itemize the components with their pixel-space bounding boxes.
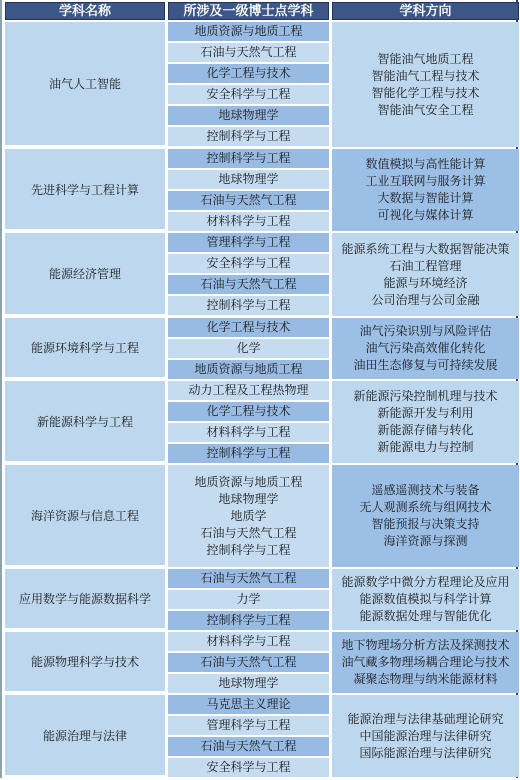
header-doctoral-disciplines: 所涉及一级博士点学科: [168, 2, 329, 20]
direction-item: 可视化与媒体计算: [377, 207, 473, 224]
directions-cell: 能源数学中微分方程理论及应用能源数值模拟与科学计算能源数据处理与智能优化: [332, 569, 519, 630]
doctoral-discipline: 安全科学与工程: [168, 254, 329, 273]
direction-item: 海洋资源与探测: [383, 533, 467, 550]
direction-item: 凝聚态物理与纳米能源材料: [353, 671, 497, 688]
direction-item: 智能油气地质工程: [377, 51, 473, 68]
discipline-name-cell: 应用数学与能源数据科学: [5, 569, 165, 630]
direction-item: 智能化学工程与技术: [371, 85, 479, 102]
doctoral-discipline: 控制科学与工程: [168, 127, 329, 146]
direction-item: 油气污染识别与风险评估: [359, 323, 491, 340]
doctoral-disciplines-cell: 地质资源与地质工程石油与天然气工程化学工程与技术安全科学与工程地球物理学控制科学…: [168, 22, 329, 147]
doctoral-discipline: 材料科学与工程: [168, 212, 329, 231]
doctoral-disciplines-cell: 控制科学与工程地球物理学石油与天然气工程材料科学与工程: [168, 149, 329, 231]
doctoral-discipline: 化学工程与技术: [168, 402, 329, 421]
discipline-name-cell: 新能源科学与工程: [5, 381, 165, 463]
doctoral-discipline: 力学: [168, 590, 329, 609]
doctoral-discipline: 材料科学与工程: [168, 423, 329, 442]
direction-item: 能源治理与法律基础理论研究: [347, 711, 503, 728]
direction-item: 国际能源治理与法律研究: [359, 745, 491, 762]
doctoral-disciplines-cell: 化学工程与技术化学地质资源与地质工程: [168, 318, 329, 379]
table-row: 先进科学与工程计算控制科学与工程地球物理学石油与天然气工程材料科学与工程数值模拟…: [5, 149, 519, 231]
direction-item: 油田生态修复与可持续发展: [353, 357, 497, 374]
direction-item: 智能油气工程与技术: [371, 68, 479, 85]
discipline-name-cell: 能源环境科学与工程: [5, 318, 165, 379]
direction-item: 能源数值模拟与科学计算: [359, 591, 491, 608]
table-row: 新能源科学与工程动力工程及工程热物理化学工程与技术材料科学与工程控制科学与工程新…: [5, 381, 519, 463]
doctoral-discipline: 化学工程与技术: [168, 318, 329, 337]
direction-item: 无人观测系统与组网技术: [359, 499, 491, 516]
doctoral-discipline: 石油与天然气工程: [168, 43, 329, 62]
direction-item: 智能油气安全工程: [377, 102, 473, 119]
table-row: 油气人工智能地质资源与地质工程石油与天然气工程化学工程与技术安全科学与工程地球物…: [5, 22, 519, 147]
discipline-name-cell: 能源物理科学与技术: [5, 632, 165, 693]
doctoral-discipline: 材料科学与工程: [168, 632, 329, 651]
doctoral-discipline: 控制科学与工程: [206, 542, 290, 559]
doctoral-discipline: 石油与天然气工程: [168, 569, 329, 588]
doctoral-discipline: 控制科学与工程: [168, 296, 329, 315]
doctoral-discipline: 安全科学与工程: [168, 758, 329, 777]
directions-cell: 能源治理与法律基础理论研究中国能源治理与法律研究国际能源治理与法律研究: [332, 695, 519, 777]
doctoral-disciplines-merged: 地质资源与地质工程地球物理学地质学石油与天然气工程控制科学与工程: [168, 465, 329, 567]
doctoral-discipline: 石油与天然气工程: [168, 191, 329, 210]
directions-cell: 智能油气地质工程智能油气工程与技术智能化学工程与技术智能油气安全工程: [332, 22, 519, 147]
direction-item: 地下物理场分析方法及探测技术: [341, 637, 509, 654]
discipline-table: 学科名称 所涉及一级博士点学科 学科方向 油气人工智能地质资源与地质工程石油与天…: [5, 2, 519, 779]
table-row: 海洋资源与信息工程地质资源与地质工程地球物理学地质学石油与天然气工程控制科学与工…: [5, 465, 519, 567]
doctoral-discipline: 化学: [168, 339, 329, 358]
discipline-name-cell: 油气人工智能: [5, 22, 165, 147]
doctoral-discipline: 地质资源与地质工程: [168, 22, 329, 41]
direction-item: 新能源开发与利用: [377, 405, 473, 422]
direction-item: 新能源污染控制机理与技术: [353, 388, 497, 405]
direction-item: 油气污染高效催化转化: [365, 340, 485, 357]
header-discipline-name: 学科名称: [5, 2, 165, 20]
table-row: 能源治理与法律马克思主义理论管理科学与工程石油与天然气工程安全科学与工程能源治理…: [5, 695, 519, 777]
doctoral-discipline: 控制科学与工程: [168, 611, 329, 630]
direction-item: 工业互联网与服务计算: [365, 173, 485, 190]
doctoral-disciplines-cell: 动力工程及工程热物理化学工程与技术材料科学与工程控制科学与工程: [168, 381, 329, 463]
doctoral-disciplines-cell: 地质资源与地质工程地球物理学地质学石油与天然气工程控制科学与工程: [168, 465, 329, 567]
doctoral-discipline: 管理科学与工程: [168, 233, 329, 252]
direction-item: 数值模拟与高性能计算: [365, 156, 485, 173]
directions-cell: 油气污染识别与风险评估油气污染高效催化转化油田生态修复与可持续发展: [332, 318, 519, 379]
doctoral-discipline: 控制科学与工程: [168, 444, 329, 463]
doctoral-discipline: 安全科学与工程: [168, 85, 329, 104]
direction-item: 中国能源治理与法律研究: [359, 728, 491, 745]
direction-item: 石油工程管理: [389, 258, 461, 275]
doctoral-discipline: 管理科学与工程: [168, 716, 329, 735]
doctoral-discipline: 马克思主义理论: [168, 695, 329, 714]
direction-item: 能源数学中微分方程理论及应用: [341, 574, 509, 591]
discipline-name-cell: 能源治理与法律: [5, 695, 165, 777]
doctoral-disciplines-cell: 石油与天然气工程力学控制科学与工程: [168, 569, 329, 630]
doctoral-disciplines-cell: 马克思主义理论管理科学与工程石油与天然气工程安全科学与工程: [168, 695, 329, 777]
directions-cell: 能源系统工程与大数据智能决策石油工程管理能源与环境经济公司治理与公司金融: [332, 233, 519, 316]
doctoral-discipline: 地球物理学: [168, 674, 329, 693]
directions-cell: 数值模拟与高性能计算工业互联网与服务计算大数据与智能计算可视化与媒体计算: [332, 149, 519, 231]
doctoral-discipline: 控制科学与工程: [168, 149, 329, 168]
doctoral-discipline: 地质资源与地质工程: [168, 360, 329, 379]
direction-item: 油气藏多物理场耦合理论与技术: [341, 654, 509, 671]
doctoral-discipline: 地质资源与地质工程: [194, 474, 302, 491]
discipline-name-cell: 先进科学与工程计算: [5, 149, 165, 231]
table-row: 能源物理科学与技术材料科学与工程石油与天然气工程地球物理学地下物理场分析方法及探…: [5, 632, 519, 693]
header-directions: 学科方向: [332, 2, 519, 20]
doctoral-discipline: 石油与天然气工程: [200, 525, 296, 542]
direction-item: 能源与环境经济: [383, 275, 467, 292]
table-row: 能源环境科学与工程化学工程与技术化学地质资源与地质工程油气污染识别与风险评估油气…: [5, 318, 519, 379]
direction-item: 能源系统工程与大数据智能决策: [341, 241, 509, 258]
table-header: 学科名称 所涉及一级博士点学科 学科方向: [5, 2, 519, 20]
doctoral-discipline: 地质学: [230, 508, 266, 525]
doctoral-discipline: 地球物理学: [168, 170, 329, 189]
table-body: 油气人工智能地质资源与地质工程石油与天然气工程化学工程与技术安全科学与工程地球物…: [5, 22, 519, 777]
directions-cell: 新能源污染控制机理与技术新能源开发与利用新能源存储与转化新能源电力与控制: [332, 381, 519, 463]
doctoral-discipline: 化学工程与技术: [168, 64, 329, 83]
discipline-name-cell: 能源经济管理: [5, 233, 165, 316]
direction-item: 能源数据处理与智能优化: [359, 608, 491, 625]
table-row: 应用数学与能源数据科学石油与天然气工程力学控制科学与工程能源数学中微分方程理论及…: [5, 569, 519, 630]
doctoral-discipline: 石油与天然气工程: [168, 275, 329, 294]
doctoral-disciplines-cell: 管理科学与工程安全科学与工程石油与天然气工程控制科学与工程: [168, 233, 329, 316]
doctoral-discipline: 地球物理学: [168, 106, 329, 125]
table-row: 能源经济管理管理科学与工程安全科学与工程石油与天然气工程控制科学与工程能源系统工…: [5, 233, 519, 316]
doctoral-discipline: 石油与天然气工程: [168, 737, 329, 756]
direction-item: 智能预报与决策支持: [371, 516, 479, 533]
doctoral-discipline: 动力工程及工程热物理: [168, 381, 329, 400]
table-frame: 学科名称 所涉及一级博士点学科 学科方向 油气人工智能地质资源与地质工程石油与天…: [0, 0, 518, 778]
doctoral-discipline: 地球物理学: [218, 491, 278, 508]
doctoral-disciplines-cell: 材料科学与工程石油与天然气工程地球物理学: [168, 632, 329, 693]
direction-item: 大数据与智能计算: [377, 190, 473, 207]
direction-item: 新能源存储与转化: [377, 422, 473, 439]
directions-cell: 地下物理场分析方法及探测技术油气藏多物理场耦合理论与技术凝聚态物理与纳米能源材料: [332, 632, 519, 693]
direction-item: 公司治理与公司金融: [371, 292, 479, 309]
doctoral-discipline: 石油与天然气工程: [168, 653, 329, 672]
discipline-name-cell: 海洋资源与信息工程: [5, 465, 165, 567]
direction-item: 遥感遥测技术与装备: [371, 482, 479, 499]
directions-cell: 遥感遥测技术与装备无人观测系统与组网技术智能预报与决策支持海洋资源与探测: [332, 465, 519, 567]
direction-item: 新能源电力与控制: [377, 439, 473, 456]
